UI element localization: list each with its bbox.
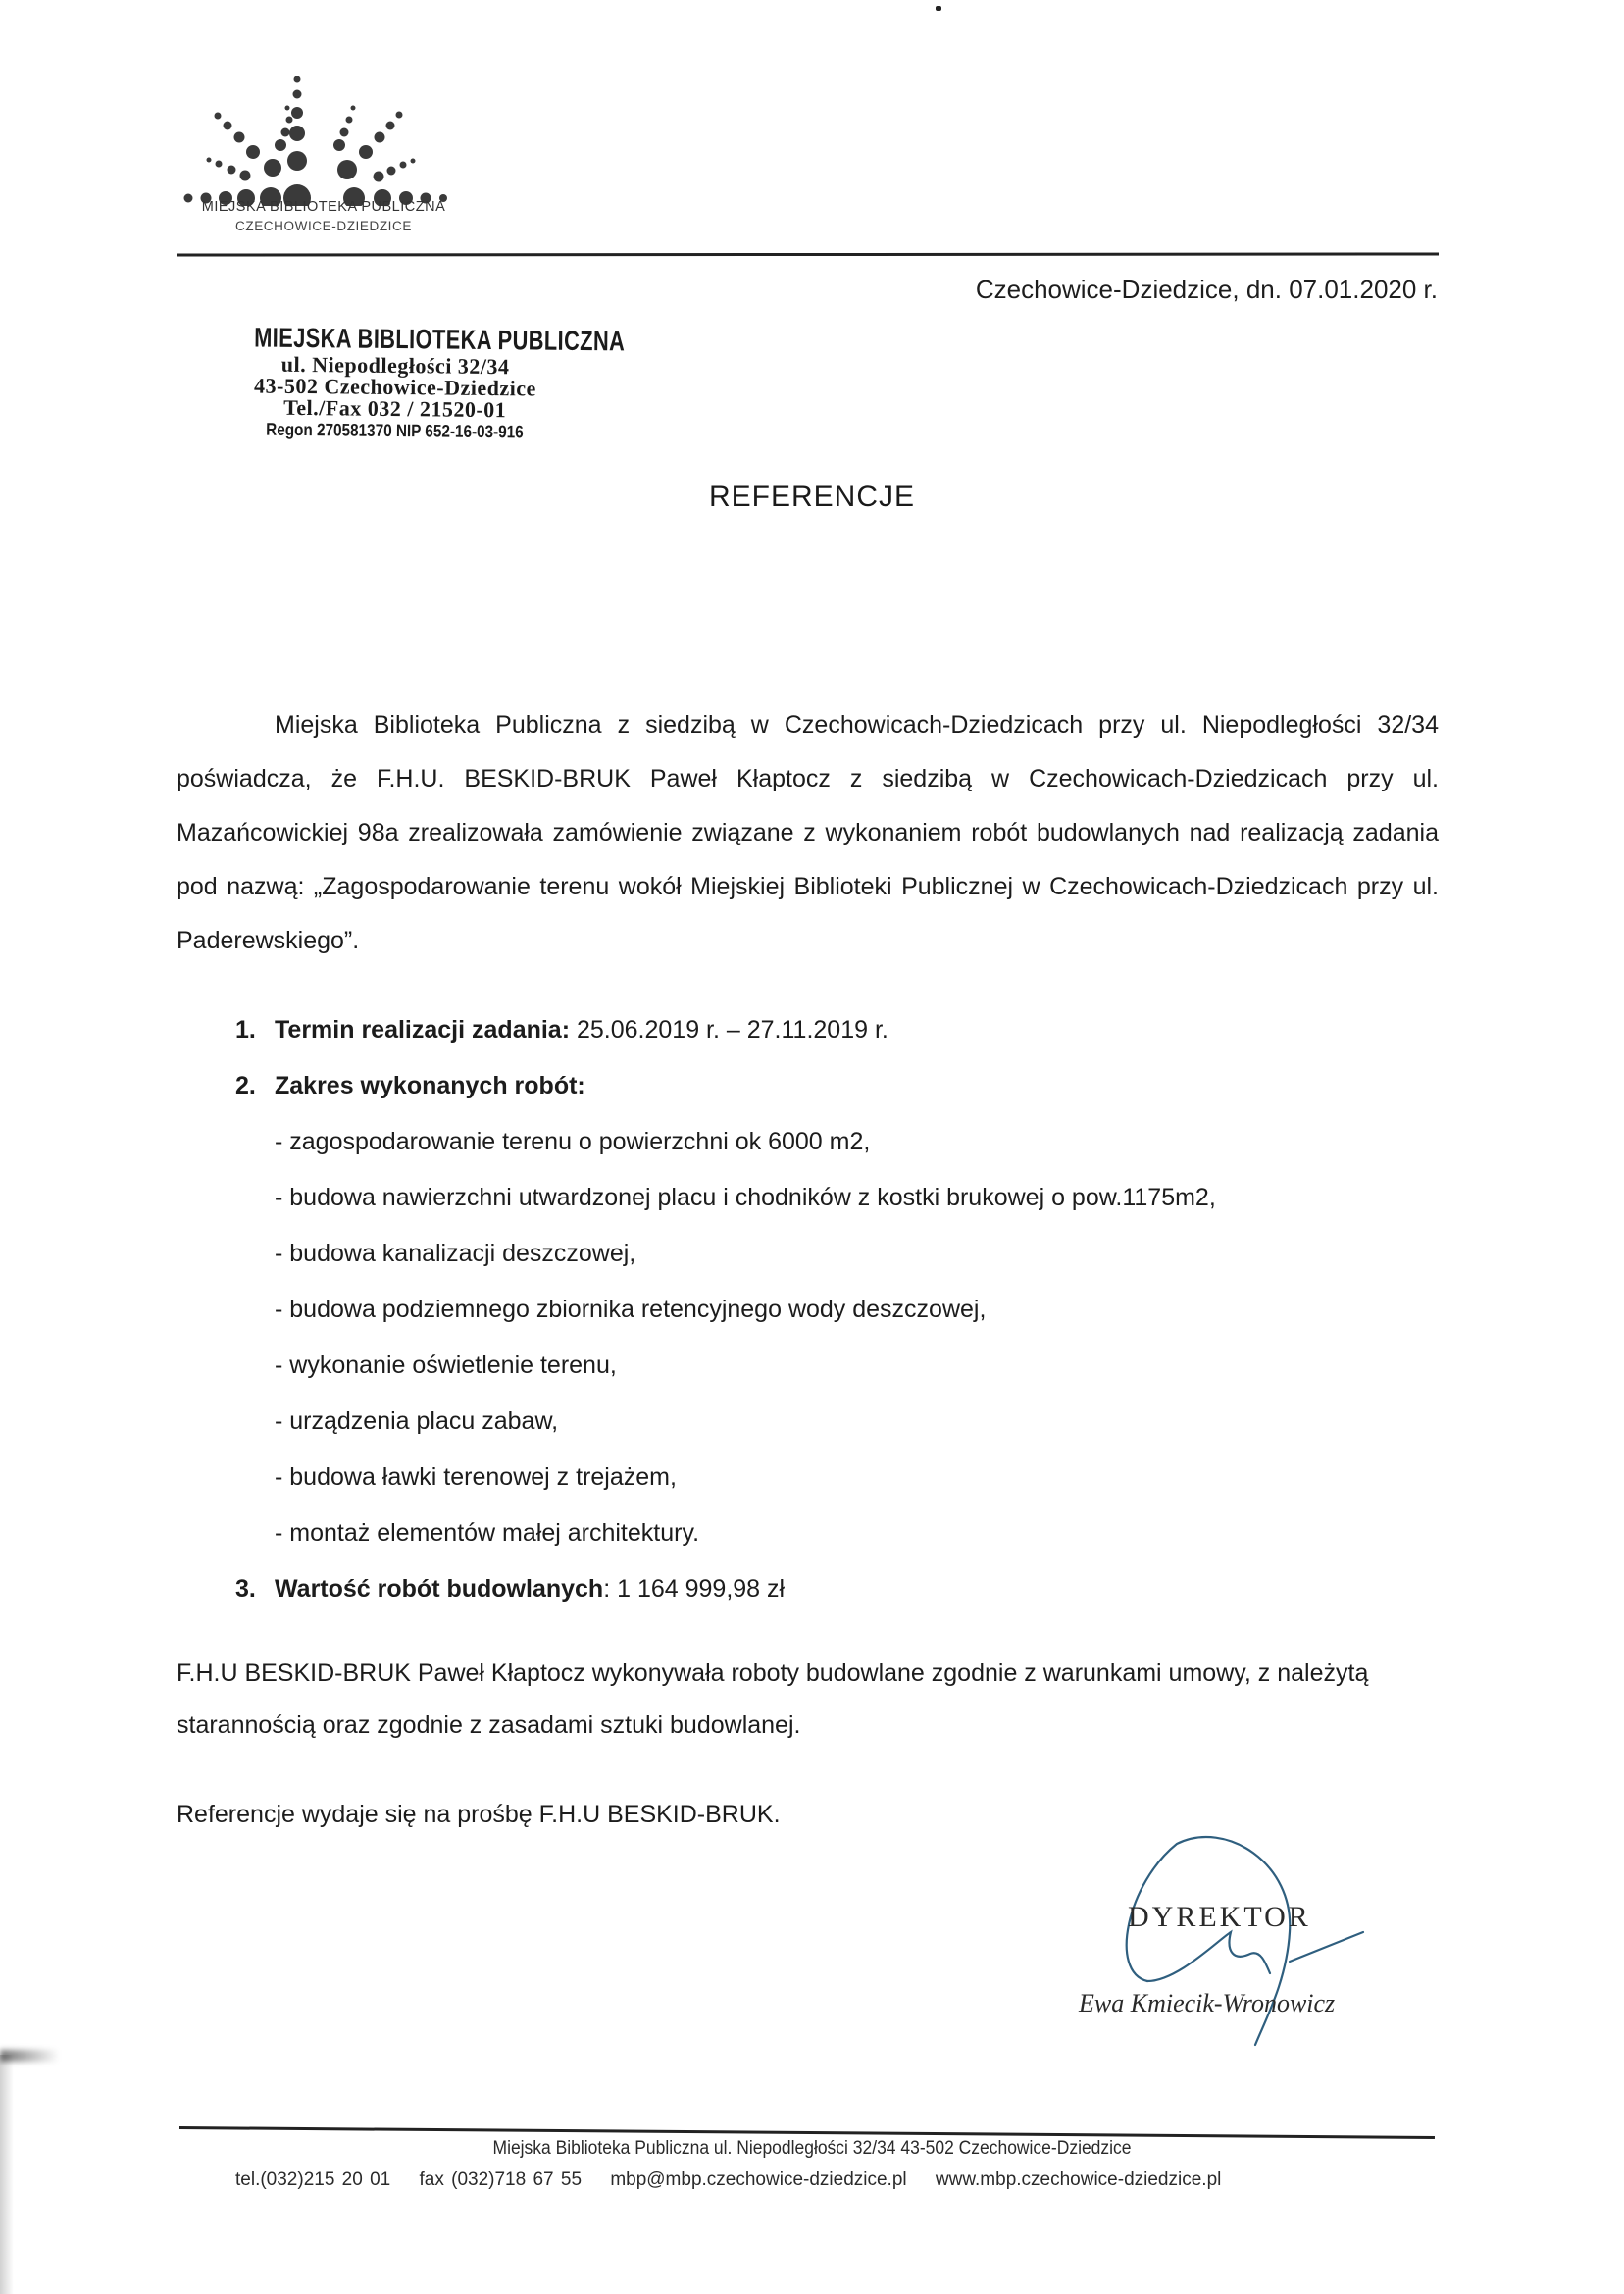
scan-speck bbox=[936, 6, 941, 11]
scope-subitem: - zagospodarowanie terenu o powierzchni … bbox=[235, 1114, 1432, 1170]
scope-subitem: - wykonanie oświetlenie terenu, bbox=[235, 1338, 1432, 1394]
list-item-term: 1.Termin realizacji zadania: 25.06.2019 … bbox=[235, 1002, 1432, 1058]
signatory-title: DYREKTOR bbox=[1128, 1901, 1311, 1934]
list-number: 1. bbox=[235, 1002, 275, 1058]
footer-email[interactable]: mbp@mbp.czechowice-dziedzice.pl bbox=[610, 2169, 906, 2190]
value-amount: : 1 164 999,98 zł bbox=[603, 1575, 785, 1603]
letter-date: Czechowice-Dziedzice, dn. 07.01.2020 r. bbox=[976, 275, 1438, 305]
institution-stamp: MIEJSKA BIBLIOTEKA PUBLICZNA ul. Niepodl… bbox=[213, 322, 577, 443]
term-label: Termin realizacji zadania: bbox=[275, 1016, 570, 1044]
scope-label: Zakres wykonanych robót: bbox=[275, 1072, 585, 1099]
signatory-name: Ewa Kmiecik-Wronowicz bbox=[1079, 1989, 1335, 2018]
scope-subitem: - budowa kanalizacji deszczowej, bbox=[235, 1226, 1432, 1282]
scope-subitem: - budowa podziemnego zbiornika retencyjn… bbox=[235, 1282, 1432, 1338]
footer-website[interactable]: www.mbp.czechowice-dziedzice.pl bbox=[936, 2169, 1221, 2190]
list-number: 3. bbox=[235, 1561, 275, 1617]
list-number: 2. bbox=[235, 1058, 275, 1114]
letterhead-org-name: MIEJSKA BIBLIOTEKA PUBLICZNA bbox=[186, 199, 461, 215]
scope-subitem: - montaż elementów małej architektury. bbox=[235, 1505, 1432, 1561]
stamp-line-ids: Regon 270581370 NIP 652-16-03-916 bbox=[240, 418, 549, 442]
list-item-value: 3.Wartość robót budowlanych: 1 164 999,9… bbox=[235, 1561, 1432, 1617]
term-value: 25.06.2019 r. – 27.11.2019 r. bbox=[570, 1016, 888, 1044]
footer-contacts: tel.(032)215 20 01 fax (032)718 67 55 mb… bbox=[235, 2169, 1243, 2191]
value-label: Wartość robót budowlanych bbox=[275, 1575, 603, 1603]
footer-address: Miejska Biblioteka Publiczna ul. Niepodl… bbox=[65, 2138, 1559, 2160]
closing-paragraph: F.H.U BESKID-BRUK Paweł Kłaptocz wykonyw… bbox=[177, 1648, 1451, 1752]
header-divider bbox=[177, 252, 1439, 256]
footer-phone: tel.(032)215 20 01 bbox=[235, 2169, 390, 2190]
scan-edge bbox=[0, 2055, 14, 2294]
details-list: 1.Termin realizacji zadania: 25.06.2019 … bbox=[235, 1002, 1432, 1617]
letterhead-org-city: CZECHOWICE-DZIEDZICE bbox=[186, 219, 461, 233]
scope-subitem: - urządzenia placu zabaw, bbox=[235, 1394, 1432, 1450]
footer-fax: fax (032)718 67 55 bbox=[420, 2169, 583, 2190]
closing-section: F.H.U BESKID-BRUK Paweł Kłaptocz wykonyw… bbox=[177, 1648, 1451, 1841]
stamp-line-org: MIEJSKA BIBLIOTEKA PUBLICZNA bbox=[254, 322, 537, 356]
document-title: REFERENCJE bbox=[0, 481, 1624, 514]
intro-paragraph: Miejska Biblioteka Publiczna z siedzibą … bbox=[177, 698, 1439, 968]
intro-paragraph-text: Miejska Biblioteka Publiczna z siedzibą … bbox=[177, 711, 1439, 954]
handwritten-signature-icon bbox=[1069, 1824, 1422, 2060]
scope-subitem: - budowa nawierzchni utwardzonej placu i… bbox=[235, 1170, 1432, 1226]
scope-subitem: - budowa ławki terenowej z trejażem, bbox=[235, 1450, 1432, 1505]
list-item-scope: 2.Zakres wykonanych robót: bbox=[235, 1058, 1432, 1114]
